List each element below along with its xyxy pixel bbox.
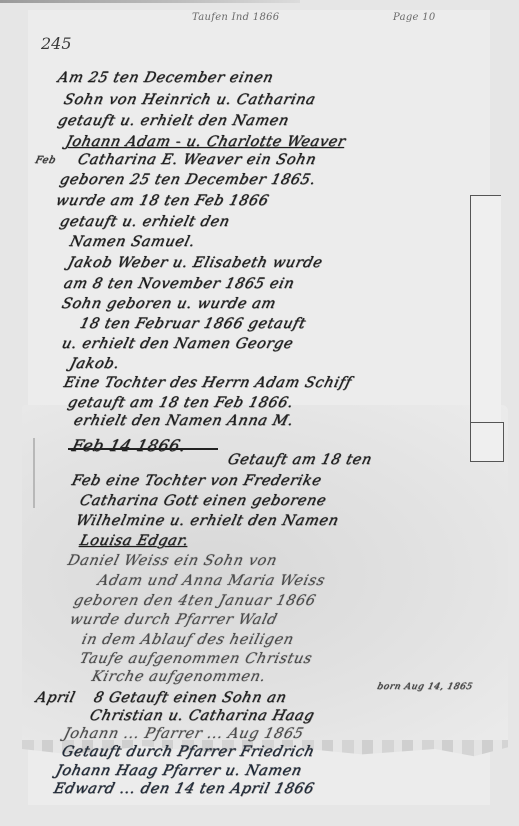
entry-line: Eine Tochter des Herrn Adam Schiff [62,375,353,391]
entry-line: Getauft durch Pfarrer Friedrich [60,744,316,760]
entry-line: Am 25 ten December einen [56,70,275,86]
entry-line: Johann Adam - u. Charlotte Weaver [64,134,347,150]
entry-line: am 8 ten November 1865 ein [62,276,296,292]
fold-crease [33,438,35,508]
entry-line: in dem Ablauf des heiligen [80,632,296,648]
entry-line: u. erhielt den Namen George [60,336,295,352]
entry-number: 245 [41,34,72,53]
entry-line: wurde am 18 ten Feb 1866 [54,193,271,209]
margin-note: Feb [34,155,57,166]
entry-line: erhielt den Namen Anna M. [72,413,295,429]
margin-month: April [34,690,77,706]
entry-line: Jakob Weber u. Elisabeth wurde [66,255,324,271]
entry-line: Catharina E. Weaver ein Sohn [76,152,318,168]
entry-line: Sohn von Heinrich u. Catharina [62,92,317,108]
entry-line: Johann Haag Pfarrer u. Namen [54,763,304,779]
entry-line: Sohn geboren u. wurde am [60,296,278,312]
entry-line: wurde durch Pfarrer Wald [68,612,279,628]
heading-underline [68,448,218,450]
entry-line: Getauft am 18 ten [226,452,374,468]
entry-line: Kirche aufgenommen. [90,669,268,685]
entry-line: getauft u. erhielt den Namen [56,113,291,129]
entry-line: 18 ten Februar 1866 getauft [78,316,308,332]
entry-line: Louisa Edgar. [78,533,191,549]
date-heading: Feb 14 1866. [70,436,188,455]
entry-line: Adam und Anna Maria Weiss [96,573,327,589]
entry-line: 8 Getauft einen Sohn an [92,690,288,706]
entry-line: Namen Samuel. [68,234,197,250]
entry-line: Catharina Gott einen geborene [78,493,328,509]
entry-line: Johann ... Pfarrer ... Aug 1865 [62,726,306,742]
entry-line: Daniel Weiss ein Sohn von [66,553,279,569]
entry-line: Edward ... den 14 ten April 1866 [52,781,316,797]
entry-line: Feb eine Tochter von Frederike [70,473,323,489]
entry-line: Christian u. Catharina Haag [88,708,316,724]
entry-line: Wilhelmine u. erhielt den Namen [74,513,341,529]
page-number: Page 10 [393,12,436,23]
header-title: Taufen Ind 1866 [192,12,279,23]
entry-line: Taufe aufgenommen Christus [78,651,314,667]
scan-edge-strip [0,0,300,3]
entry-line: Jakob. [68,356,121,372]
attached-tab-upper [470,195,501,446]
entry-line: getauft u. erhielt den [58,214,232,230]
attached-tab-lower [470,422,504,462]
entry-line: geboren den 4ten Januar 1866 [72,593,318,609]
entry-line: getauft am 18 ten Feb 1866. [66,395,295,411]
marginal-insert: born Aug 14, 1865 [376,682,474,692]
entry-line: geboren 25 ten December 1865. [58,172,318,188]
